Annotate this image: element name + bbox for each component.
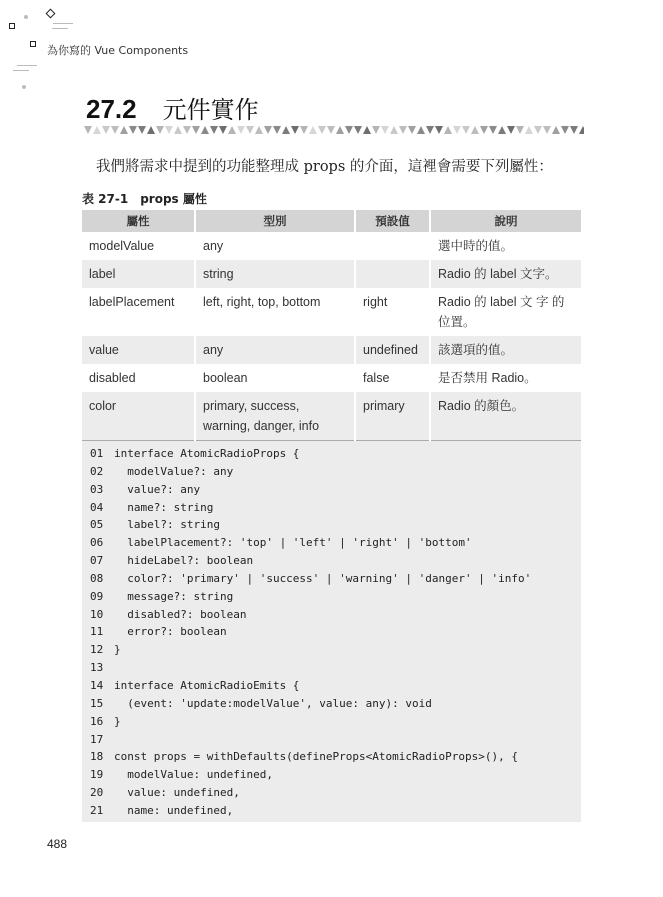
props-table: 屬性 型別 預設值 說明 modelValue any 選中時的值。 label… (82, 210, 581, 441)
triangle-ornament-icon (219, 126, 227, 134)
triangle-ornament-icon (426, 126, 434, 134)
triangle-ornament-icon (417, 126, 425, 134)
triangle-ornament-icon (183, 126, 191, 134)
line-number: 14 (82, 677, 114, 695)
line-number: 08 (82, 570, 114, 588)
cell-desc: 是否禁用 Radio。 (430, 364, 581, 392)
code-line: 18const props = withDefaults(defineProps… (82, 748, 581, 766)
cell-type: any (195, 232, 355, 260)
dash-ornament (53, 23, 73, 24)
cell-type: any (195, 336, 355, 364)
code-text: interface AtomicRadioProps { (114, 445, 299, 463)
line-number: 01 (82, 445, 114, 463)
code-line: 11 error?: boolean (82, 623, 581, 641)
code-line: 21 name: undefined, (82, 802, 581, 820)
line-number: 05 (82, 516, 114, 534)
triangle-ornament-icon (525, 126, 533, 134)
triangle-ornament-icon (399, 126, 407, 134)
code-line: 13 (82, 659, 581, 677)
code-line: 02 modelValue?: any (82, 463, 581, 481)
dash-ornament (17, 65, 37, 66)
page-number: 488 (47, 837, 67, 851)
triangle-ornament-icon (381, 126, 389, 134)
cell-name: label (82, 260, 195, 288)
triangle-ornament-icon (309, 126, 317, 134)
cell-name: labelPlacement (82, 288, 195, 336)
triangle-ornament-icon (120, 126, 128, 134)
triangle-ornament-icon (147, 126, 155, 134)
triangle-ornament-icon (174, 126, 182, 134)
code-line: 03 value?: any (82, 481, 581, 499)
code-text: name?: string (114, 499, 213, 517)
triangle-ornament-icon (228, 126, 236, 134)
cell-default: primary (355, 392, 430, 441)
cell-default (355, 232, 430, 260)
triangle-ornament-icon (345, 126, 353, 134)
triangle-ornament-icon (282, 126, 290, 134)
code-line: 15 (event: 'update:modelValue', value: a… (82, 695, 581, 713)
triangle-ornament-icon (336, 126, 344, 134)
triangle-ornament-icon (165, 126, 173, 134)
table-row: value any undefined 該選項的值。 (82, 336, 581, 364)
triangle-ornament-icon (210, 126, 218, 134)
line-number: 15 (82, 695, 114, 713)
cell-default (355, 260, 430, 288)
section-number: 27.2 (86, 94, 137, 125)
table-row: labelPlacement left, right, top, bottom … (82, 288, 581, 336)
dot-ornament-icon (22, 85, 26, 89)
square-ornament-icon (9, 23, 15, 29)
diamond-ornament-icon (46, 9, 56, 19)
triangle-ornament-icon (246, 126, 254, 134)
triangle-ornament-icon (354, 126, 362, 134)
triangle-ornament-icon (273, 126, 281, 134)
triangle-ornament-icon (471, 126, 479, 134)
code-text: color?: 'primary' | 'success' | 'warning… (114, 570, 531, 588)
line-number: 06 (82, 534, 114, 552)
triangle-ornament-icon (102, 126, 110, 134)
code-text: modelValue: undefined, (114, 766, 273, 784)
triangle-ornament-icon (201, 126, 209, 134)
cell-type: string (195, 260, 355, 288)
cell-name: value (82, 336, 195, 364)
triangle-ornament-icon (507, 126, 515, 134)
triangle-ornament-icon (255, 126, 263, 134)
table-row: modelValue any 選中時的值。 (82, 232, 581, 260)
line-number: 03 (82, 481, 114, 499)
code-line: 14interface AtomicRadioEmits { (82, 677, 581, 695)
cell-default: false (355, 364, 430, 392)
triangle-ornament-icon (327, 126, 335, 134)
triangle-ornament-icon (264, 126, 272, 134)
cell-name: color (82, 392, 195, 441)
cell-type: left, right, top, bottom (195, 288, 355, 336)
table-header-row: 屬性 型別 預設值 說明 (82, 210, 581, 232)
intro-paragraph: 我們將需求中提到的功能整理成 props 的介面，這裡會需要下列屬性： (96, 155, 553, 176)
triangle-ornament-icon (390, 126, 398, 134)
code-line: 05 label?: string (82, 516, 581, 534)
triangle-ornament-icon (543, 126, 551, 134)
running-head: 為你寫的 Vue Components (47, 42, 188, 58)
line-number: 21 (82, 802, 114, 820)
square-ornament-icon (30, 41, 36, 47)
cell-default: right (355, 288, 430, 336)
line-number: 18 (82, 748, 114, 766)
code-text: value?: any (114, 481, 200, 499)
code-line: 07 hideLabel?: boolean (82, 552, 581, 570)
header-default: 預設值 (355, 210, 430, 232)
cell-name: modelValue (82, 232, 195, 260)
code-text: } (114, 641, 121, 659)
triangle-ornament-icon (489, 126, 497, 134)
line-number: 04 (82, 499, 114, 517)
triangle-ornament-icon (138, 126, 146, 134)
dash-ornament (52, 28, 68, 29)
cell-desc: Radio 的 label 文字。 (430, 260, 581, 288)
table-row: disabled boolean false 是否禁用 Radio。 (82, 364, 581, 392)
code-text: hideLabel?: boolean (114, 552, 253, 570)
code-text: const props = withDefaults(defineProps<A… (114, 748, 518, 766)
line-number: 11 (82, 623, 114, 641)
cell-name: disabled (82, 364, 195, 392)
triangle-ornament-icon (480, 126, 488, 134)
cell-type: primary, success, warning, danger, info (195, 392, 355, 441)
triangle-ornament-icon (300, 126, 308, 134)
code-text: (event: 'update:modelValue', value: any)… (114, 695, 432, 713)
header-type: 型別 (195, 210, 355, 232)
triangle-ornament-icon (462, 126, 470, 134)
line-number: 02 (82, 463, 114, 481)
triangle-ornament-icon (84, 126, 92, 134)
line-number: 12 (82, 641, 114, 659)
triangle-ornament-icon (561, 126, 569, 134)
code-line: 06 labelPlacement?: 'top' | 'left' | 'ri… (82, 534, 581, 552)
triangle-ornament-icon (444, 126, 452, 134)
line-number: 10 (82, 606, 114, 624)
line-number: 17 (82, 731, 114, 749)
triangle-divider (84, 126, 584, 136)
code-line: 16} (82, 713, 581, 731)
dash-ornament (13, 70, 29, 71)
triangle-ornament-icon (291, 126, 299, 134)
code-text: error?: boolean (114, 623, 227, 641)
code-line: 01interface AtomicRadioProps { (82, 445, 581, 463)
line-number: 16 (82, 713, 114, 731)
code-line: 04 name?: string (82, 499, 581, 517)
header-description: 說明 (430, 210, 581, 232)
cell-type: boolean (195, 364, 355, 392)
code-line: 19 modelValue: undefined, (82, 766, 581, 784)
code-text: label?: string (114, 516, 220, 534)
code-text: modelValue?: any (114, 463, 233, 481)
triangle-ornament-icon (237, 126, 245, 134)
code-text: disabled?: boolean (114, 606, 246, 624)
line-number: 19 (82, 766, 114, 784)
table-row: color primary, success, warning, danger,… (82, 392, 581, 441)
triangle-ornament-icon (579, 126, 584, 134)
line-number: 07 (82, 552, 114, 570)
line-number: 09 (82, 588, 114, 606)
section-title: 元件實作 (163, 90, 259, 125)
code-line: 09 message?: string (82, 588, 581, 606)
code-line: 20 value: undefined, (82, 784, 581, 802)
table-row: label string Radio 的 label 文字。 (82, 260, 581, 288)
code-text: } (114, 713, 121, 731)
cell-desc: Radio 的顏色。 (430, 392, 581, 441)
code-text: name: undefined, (114, 802, 233, 820)
triangle-ornament-icon (156, 126, 164, 134)
code-line: 10 disabled?: boolean (82, 606, 581, 624)
code-text: labelPlacement?: 'top' | 'left' | 'right… (114, 534, 472, 552)
triangle-ornament-icon (408, 126, 416, 134)
triangle-ornament-icon (192, 126, 200, 134)
code-block: 01interface AtomicRadioProps {02 modelVa… (82, 441, 581, 822)
line-number: 13 (82, 659, 114, 677)
triangle-ornament-icon (318, 126, 326, 134)
dot-ornament-icon (24, 15, 28, 19)
code-line: 12} (82, 641, 581, 659)
triangle-ornament-icon (453, 126, 461, 134)
triangle-ornament-icon (570, 126, 578, 134)
triangle-ornament-icon (93, 126, 101, 134)
line-number: 20 (82, 784, 114, 802)
triangle-ornament-icon (111, 126, 119, 134)
triangle-ornament-icon (129, 126, 137, 134)
code-line: 17 (82, 731, 581, 749)
triangle-ornament-icon (363, 126, 371, 134)
triangle-ornament-icon (372, 126, 380, 134)
code-text: value: undefined, (114, 784, 240, 802)
header-attribute: 屬性 (82, 210, 195, 232)
code-text: interface AtomicRadioEmits { (114, 677, 299, 695)
section-heading: 27.2 元件實作 (86, 90, 259, 125)
cell-desc: 該選項的值。 (430, 336, 581, 364)
triangle-ornament-icon (534, 126, 542, 134)
triangle-ornament-icon (516, 126, 524, 134)
triangle-ornament-icon (435, 126, 443, 134)
cell-desc: Radio 的 label 文 字 的 位置。 (430, 288, 581, 336)
cell-default: undefined (355, 336, 430, 364)
code-text: message?: string (114, 588, 233, 606)
cell-desc: 選中時的值。 (430, 232, 581, 260)
triangle-ornament-icon (498, 126, 506, 134)
table-caption: 表 27-1 props 屬性 (82, 190, 207, 207)
triangle-ornament-icon (552, 126, 560, 134)
code-line: 08 color?: 'primary' | 'success' | 'warn… (82, 570, 581, 588)
